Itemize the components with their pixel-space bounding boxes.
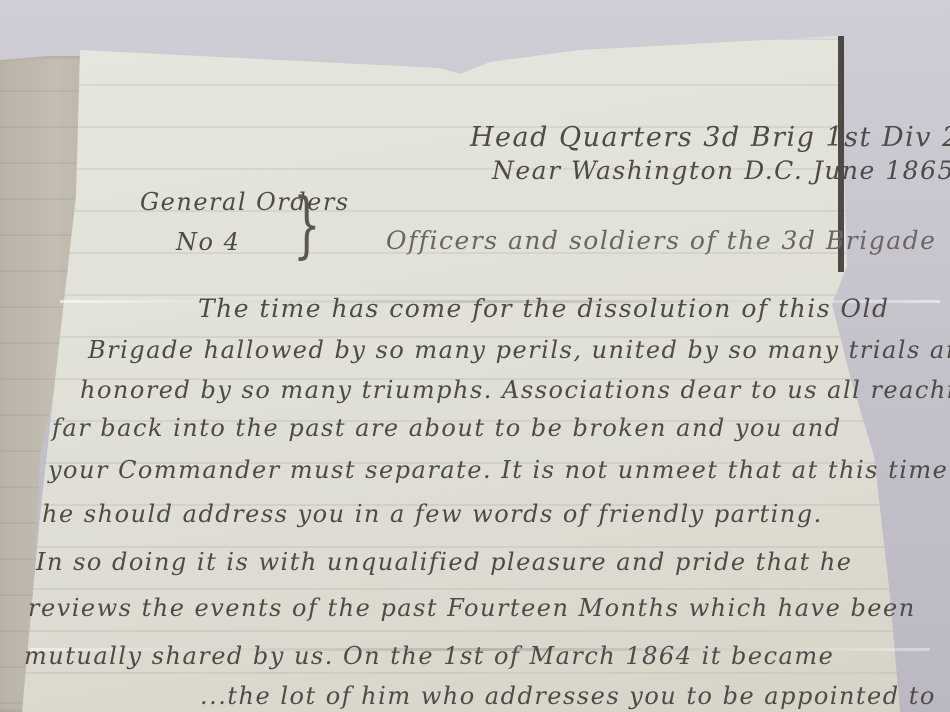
header-line-1: Head Quarters 3d Brig 1st Div 20 A.C. — [470, 122, 950, 153]
order-number: No 4 — [176, 228, 240, 256]
body-line-3: honored by so many triumphs. Association… — [80, 376, 950, 404]
body-line-10: ...the lot of him who addresses you to b… — [200, 682, 936, 710]
header-line-2: Near Washington D.C. June 1865 — [492, 156, 950, 185]
body-line-9: mutually shared by us. On the 1st of Mar… — [24, 642, 834, 670]
body-line-5: your Commander must separate. It is not … — [48, 456, 948, 484]
body-line-4: far back into the past are about to be b… — [52, 414, 842, 442]
body-line-7: In so doing it is with unqualified pleas… — [36, 548, 853, 576]
salutation: Officers and soldiers of the 3d Brigade — [386, 226, 936, 255]
brace-mark: } — [293, 188, 320, 260]
body-line-1: The time has come for the dissolution of… — [198, 294, 890, 323]
body-line-6: he should address you in a few words of … — [42, 500, 823, 528]
body-line-2: Brigade hallowed by so many perils, unit… — [88, 336, 950, 364]
body-line-8: reviews the events of the past Fourteen … — [28, 594, 916, 622]
